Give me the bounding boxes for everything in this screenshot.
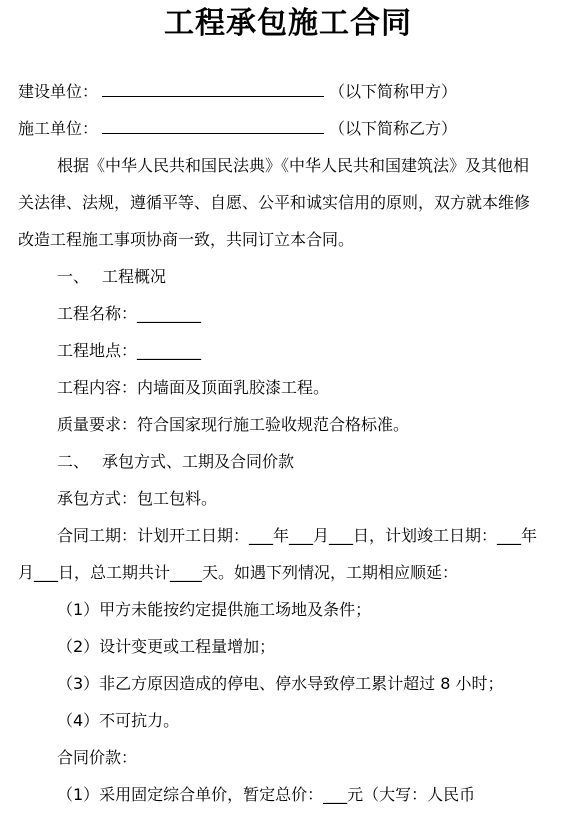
delay-item-4: （4）不可抗力。 <box>18 702 558 739</box>
contractor-name-blank <box>102 116 324 134</box>
preamble-line-1: 根据《中华人民共和国民法典》《中华人民共和国建筑法》及其他相 <box>18 147 558 184</box>
preamble-line-3: 改造工程施工事项协商一致，共同订立本合同。 <box>18 221 558 258</box>
project-content-line: 工程内容：内墙面及顶面乳胶漆工程。 <box>18 369 558 406</box>
contractor-suffix: （以下简称乙方） <box>329 119 457 138</box>
builder-label: 建设单位： <box>18 82 98 101</box>
contractor-party-line: 施工单位：（以下简称乙方） <box>18 110 558 147</box>
price-item-line: （1）采用固定综合单价，暂定总价：___元（大写：人民币 <box>18 776 558 813</box>
builder-party-line: 建设单位：（以下简称甲方） <box>18 73 558 110</box>
section-2-title: 承包方式、工期及合同价款 <box>102 452 294 471</box>
contract-method-line: 承包方式：包工包料。 <box>18 480 558 517</box>
contract-document-page: 工程承包施工合同 建设单位：（以下简称甲方） 施工单位：（以下简称乙方） 根据《… <box>0 0 566 826</box>
delay-item-2: （2）设计变更或工程量增加； <box>18 628 558 665</box>
price-label-line: 合同价款： <box>18 739 558 776</box>
section-1-number: 一、 <box>57 267 89 286</box>
preamble-line-2: 关法律、法规，遵循平等、自愿、公平和诚实信用的原则，双方就本维修 <box>18 184 558 221</box>
section-2-number: 二、 <box>57 452 89 471</box>
document-title: 工程承包施工合同 <box>18 4 558 44</box>
delay-item-1: （1）甲方未能按约定提供施工场地及条件； <box>18 591 558 628</box>
project-location-line: 工程地点：________ <box>18 332 558 369</box>
quality-requirement-line: 质量要求：符合国家现行施工验收规范合格标准。 <box>18 406 558 443</box>
duration-line-1: 合同工期：计划开工日期：___年___月___日，计划竣工日期：___年 <box>18 517 558 554</box>
section-2-heading: 二、承包方式、工期及合同价款 <box>18 443 558 480</box>
section-1-heading: 一、工程概况 <box>18 258 558 295</box>
duration-line-2: 月___日，总工期共计____天。如遇下列情况，工期相应顺延： <box>18 554 558 591</box>
section-1-title: 工程概况 <box>102 267 166 286</box>
delay-item-3: （3）非乙方原因造成的停电、停水导致停工累计超过 8 小时； <box>18 665 558 702</box>
project-name-line: 工程名称：________ <box>18 295 558 332</box>
contractor-label: 施工单位： <box>18 119 98 138</box>
builder-suffix: （以下简称甲方） <box>329 82 457 101</box>
builder-name-blank <box>102 79 324 97</box>
